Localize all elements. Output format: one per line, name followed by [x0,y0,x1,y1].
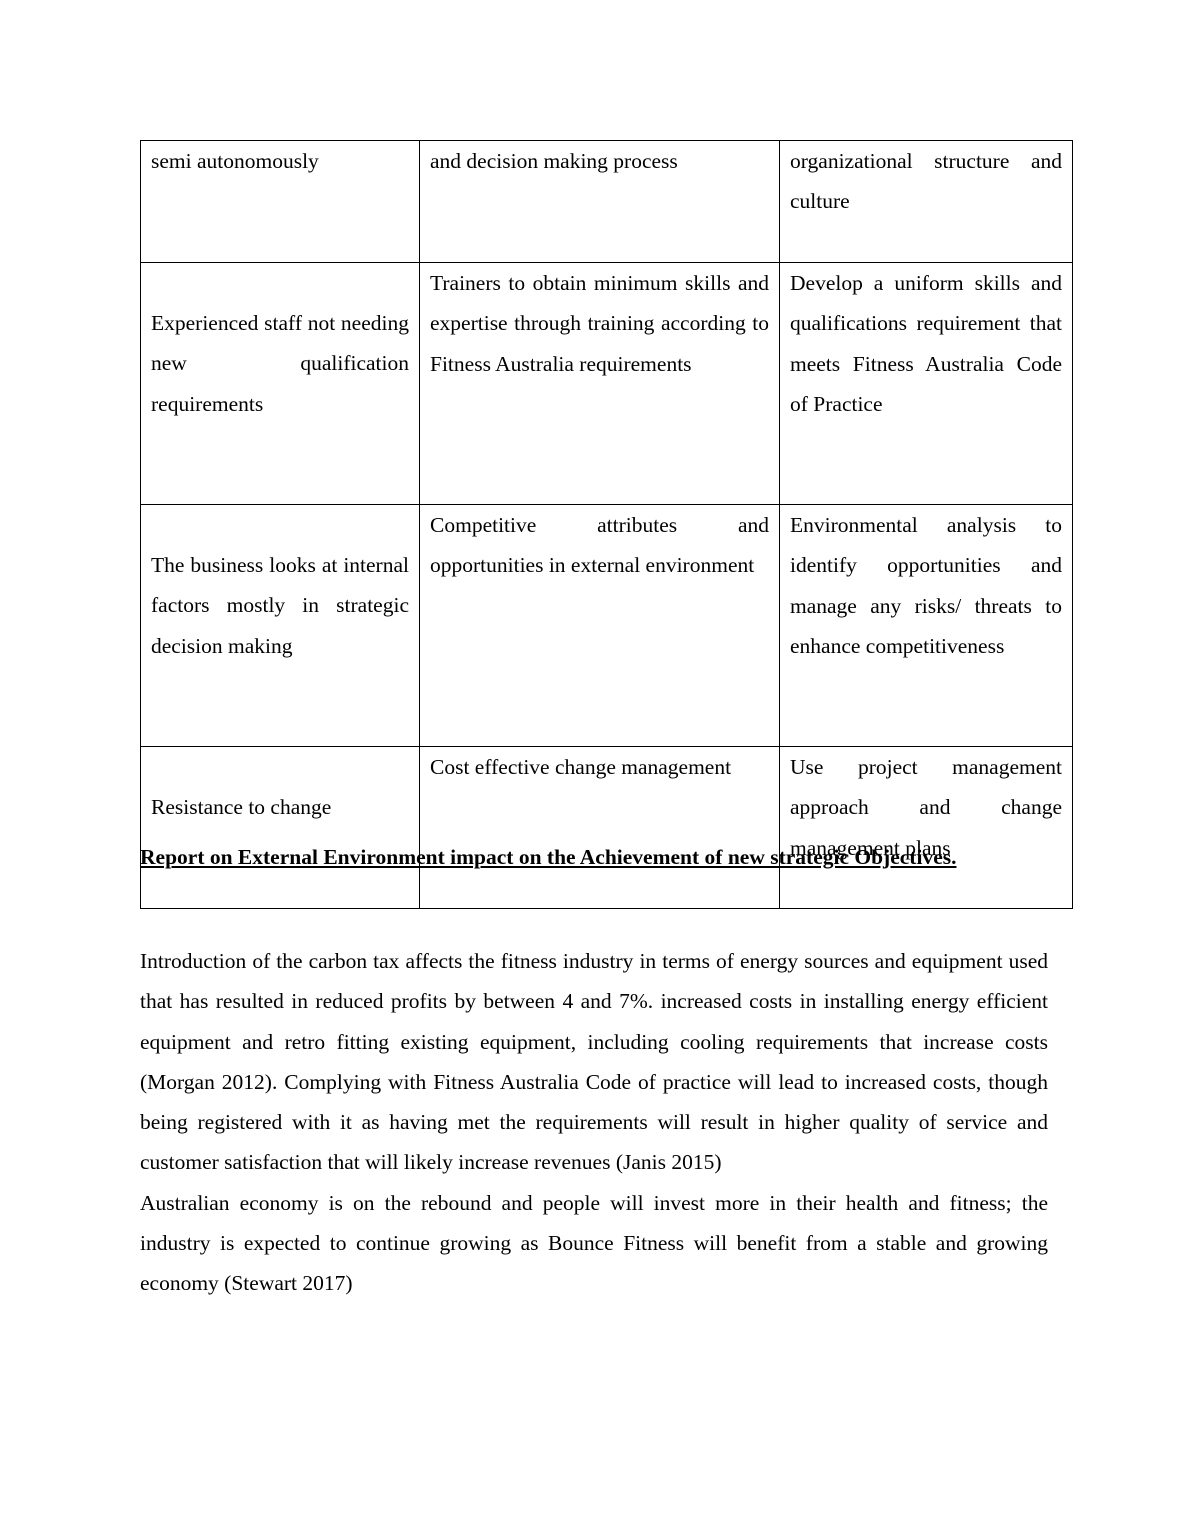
paragraph: Australian economy is on the rebound and… [140,1183,1048,1304]
table-row: Resistance to change Cost effective chan… [141,747,1073,909]
table-cell: Trainers to obtain minimum skills and ex… [420,263,780,505]
report-heading: Report on External Environment impact on… [140,845,956,870]
report-body: Introduction of the carbon tax affects t… [140,941,1048,1304]
table-row: Experienced staff not needing new qualif… [141,263,1073,505]
paragraph: Introduction of the carbon tax affects t… [140,941,1048,1183]
table-cell: and decision making process [420,141,780,263]
table-cell: The business looks at internal factors m… [141,505,420,747]
table-cell: Cost effective change management [420,747,780,909]
table-cell: Use project management approach and chan… [780,747,1073,909]
table-cell: Resistance to change [141,747,420,909]
table-cell: Experienced staff not needing new qualif… [141,263,420,505]
table-cell: Develop a uniform skills and qualificati… [780,263,1073,505]
table-row: The business looks at internal factors m… [141,505,1073,747]
table-cell: Environmental analysis to identify oppor… [780,505,1073,747]
table-cell: Competitive attributes and opportunities… [420,505,780,747]
strategy-table: semi autonomously and decision making pr… [140,140,1073,909]
table-cell: organizational structure and culture [780,141,1073,263]
table-row: semi autonomously and decision making pr… [141,141,1073,263]
table-cell: semi autonomously [141,141,420,263]
